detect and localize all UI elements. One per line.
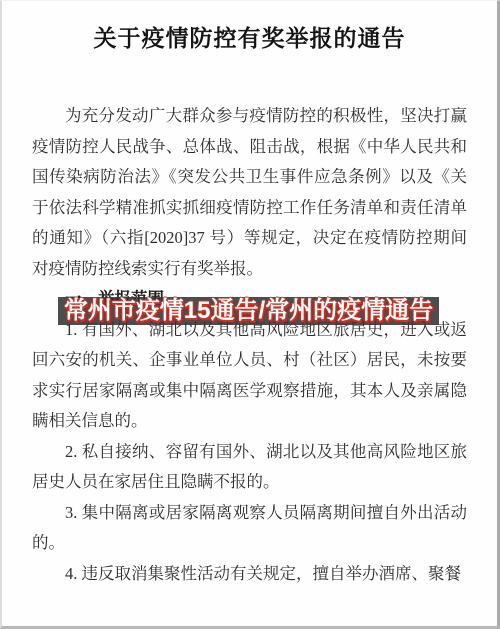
document-page: 关于疫情防控有奖举报的通告 为充分发动广大群众参与疫情防控的积极性，坚决打赢疫情… — [0, 0, 500, 629]
watermark-text: 常州市疫情15通告/常州的疫情通告 — [64, 297, 433, 325]
list-item-3: 3. 集中隔离或居家隔离观察人员隔离期间擅自外出活动的。 — [32, 498, 467, 559]
intro-paragraph: 为充分发动广大群众参与疫情防控的积极性，坚决打赢疫情防控人民战争、总体战、阻击战… — [32, 101, 467, 284]
document-body: 为充分发动广大群众参与疫情防控的积极性，坚决打赢疫情防控人民战争、总体战、阻击战… — [32, 101, 467, 589]
list-item-4: 4. 违反取消集聚性活动有关规定，擅自举办酒席、聚餐 — [32, 559, 467, 590]
list-item-1: 1. 有国外、湖北以及其他高风险地区旅居史，进入或返回六安的机关、企事业单位人员… — [32, 315, 467, 437]
watermark-banner: 常州市疫情15通告/常州的疫情通告 — [58, 297, 439, 325]
document-title: 关于疫情防控有奖举报的通告 — [2, 1, 497, 55]
list-item-2: 2. 私自接纳、容留有国外、湖北以及其他高风险地区旅居史人员在家居住且隐瞒不报的… — [32, 437, 467, 498]
